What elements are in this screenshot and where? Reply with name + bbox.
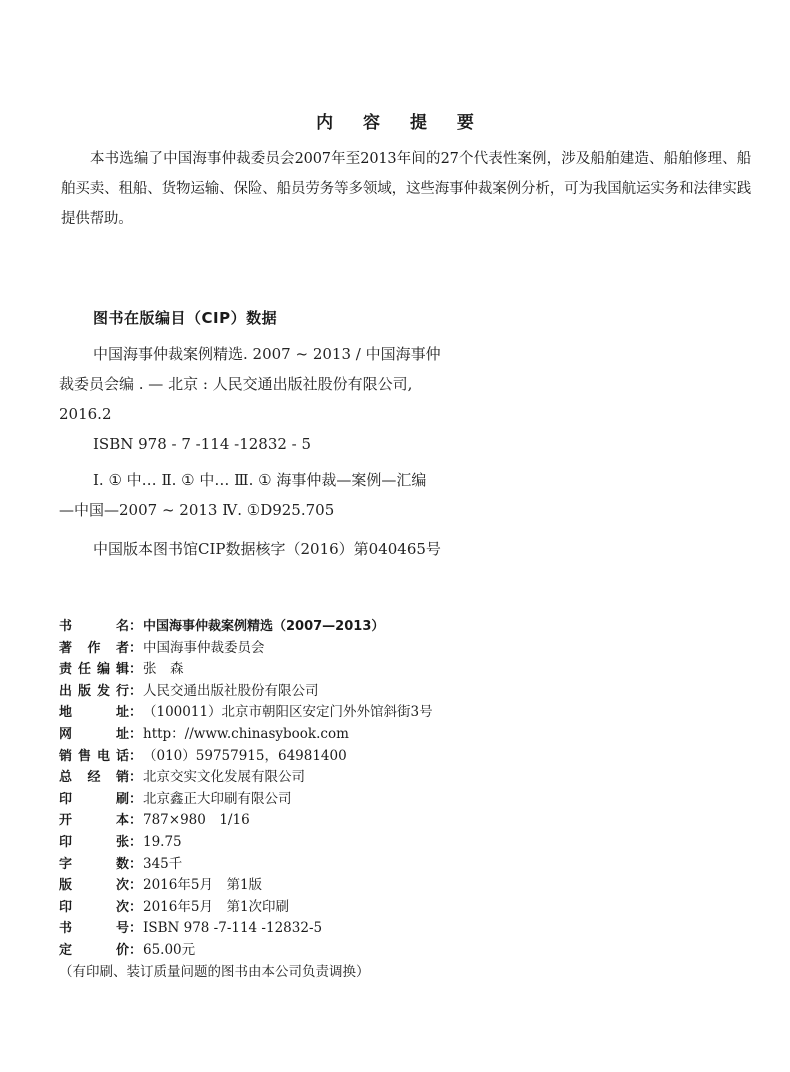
colophon-label: 书名 (59, 616, 129, 638)
colophon-label-char: 刷 (116, 789, 129, 811)
colophon-label-char: 任 (78, 659, 91, 681)
colophon-label-char: 总 (59, 767, 72, 789)
colophon-colon: ： (129, 702, 141, 724)
colophon-value: ISBN 978 -7-114 -12832-5 (141, 918, 322, 940)
colophon-label-char: 号 (116, 918, 129, 940)
colophon-label: 字数 (59, 854, 129, 876)
colophon-label-char: 出 (59, 681, 72, 703)
colophon-row: 字数：345千 (59, 854, 559, 876)
colophon-colon: ： (129, 789, 141, 811)
colophon-label-char: 地 (59, 702, 72, 724)
colophon-value: 2016年5月 第1版 (141, 875, 262, 897)
colophon-value: 北京交实文化发展有限公司 (141, 767, 305, 789)
colophon-value: 北京鑫正大印刷有限公司 (141, 789, 292, 811)
colophon-value: 19.75 (141, 832, 182, 854)
colophon-colon: ： (129, 832, 141, 854)
colophon-label-char: 名 (116, 616, 129, 638)
colophon-value: http：//www.chinasybook.com (141, 724, 349, 746)
colophon-label: 地址 (59, 702, 129, 724)
colophon-label-char: 张 (116, 832, 129, 854)
colophon-value: 人民交通出版社股份有限公司 (141, 681, 319, 703)
colophon-colon: ： (129, 616, 141, 638)
colophon-value: 345千 (141, 854, 182, 876)
colophon-label: 定价 (59, 940, 129, 962)
colophon-label-char: 书 (59, 616, 72, 638)
colophon-note: （有印刷、装订质量问题的图书由本公司负责调换） (59, 962, 559, 984)
colophon-row: 印次：2016年5月 第1次印刷 (59, 897, 559, 919)
colophon-row: 定价：65.00元 (59, 940, 559, 962)
colophon-label: 印张 (59, 832, 129, 854)
colophon-colon: ： (129, 918, 141, 940)
colophon-value: 张 森 (141, 659, 184, 681)
cip-isbn-line: ISBN 978 - 7 -114 -12832 - 5 (59, 429, 499, 459)
colophon-colon: ： (129, 897, 141, 919)
colophon-colon: ： (129, 854, 141, 876)
cip-record-line: 中国海事仲裁案例精选. 2007 ~ 2013 / 中国海事仲 (59, 339, 499, 369)
colophon-label: 印次 (59, 897, 129, 919)
copyright-page: 内 容 提 要 本书选编了中国海事仲裁委员会2007年至2013年间的27个代表… (0, 0, 790, 1072)
cip-record-line: 2016.2 (59, 399, 499, 429)
colophon-label-char: 字 (59, 854, 72, 876)
colophon-colon: ： (129, 681, 141, 703)
colophon-colon: ： (129, 659, 141, 681)
colophon-row: 印张：19.75 (59, 832, 559, 854)
colophon-label: 开本 (59, 810, 129, 832)
cip-record-line: 裁委员会编 . — 北京 : 人民交通出版社股份有限公司, (59, 369, 499, 399)
colophon-label: 网址 (59, 724, 129, 746)
colophon-label-char: 销 (116, 767, 129, 789)
colophon-label: 责任编辑 (59, 659, 129, 681)
colophon-row: 总经销：北京交实文化发展有限公司 (59, 767, 559, 789)
cip-classification-line: Ⅰ. ① 中… Ⅱ. ① 中… Ⅲ. ① 海事仲裁—案例—汇编 (59, 465, 539, 495)
colophon-label-char: 版 (59, 875, 72, 897)
colophon-label-char: 话 (116, 746, 129, 768)
cip-approval-number: 中国版本图书馆CIP数据核字（2016）第040465号 (59, 534, 539, 564)
colophon-label: 著作者 (59, 638, 129, 660)
colophon-label-char: 次 (116, 897, 129, 919)
colophon-label-char: 著 (59, 638, 72, 660)
colophon-value: 中国海事仲裁案例精选（2007—2013） (141, 616, 384, 638)
colophon-row: 销售电话：（010）59757915，64981400 (59, 746, 559, 768)
summary-title: 内 容 提 要 (0, 108, 790, 133)
cip-record: 中国海事仲裁案例精选. 2007 ~ 2013 / 中国海事仲 裁委员会编 . … (59, 339, 499, 459)
colophon-label-char: 开 (59, 810, 72, 832)
colophon-label-char: 本 (116, 810, 129, 832)
colophon-label-char: 书 (59, 918, 72, 940)
cip-approval: 中国版本图书馆CIP数据核字（2016）第040465号 (59, 534, 539, 564)
colophon-row: 著作者：中国海事仲裁委员会 (59, 638, 559, 660)
colophon-label-char: 印 (59, 897, 72, 919)
colophon-label: 出版发行 (59, 681, 129, 703)
colophon-row: 印刷：北京鑫正大印刷有限公司 (59, 789, 559, 811)
summary-paragraph: 本书选编了中国海事仲裁委员会2007年至2013年间的27个代表性案例，涉及船舶… (61, 144, 751, 234)
colophon-value: 787×980 1/16 (141, 810, 250, 832)
colophon-value: （010）59757915，64981400 (141, 746, 347, 768)
colophon-colon: ： (129, 810, 141, 832)
colophon-label-char: 发 (97, 681, 110, 703)
colophon-label-char: 经 (87, 767, 100, 789)
colophon-label-char: 数 (116, 854, 129, 876)
colophon-label-char: 定 (59, 940, 72, 962)
colophon-label: 销售电话 (59, 746, 129, 768)
colophon-row: 出版发行：人民交通出版社股份有限公司 (59, 681, 559, 703)
colophon-value: 2016年5月 第1次印刷 (141, 897, 289, 919)
colophon-label-char: 址 (116, 724, 129, 746)
colophon-colon: ： (129, 638, 141, 660)
colophon-colon: ： (129, 767, 141, 789)
colophon-label-char: 行 (116, 681, 129, 703)
colophon-value: 65.00元 (141, 940, 195, 962)
colophon-label-char: 辑 (116, 659, 129, 681)
colophon-label-char: 编 (97, 659, 110, 681)
colophon-label-char: 印 (59, 789, 72, 811)
colophon-label-char: 址 (116, 702, 129, 724)
colophon-label: 印刷 (59, 789, 129, 811)
colophon-label-char: 电 (97, 746, 110, 768)
colophon-row: 地址：（100011）北京市朝阳区安定门外外馆斜街3号 (59, 702, 559, 724)
colophon-label-char: 价 (116, 940, 129, 962)
colophon-label-char: 售 (78, 746, 91, 768)
colophon-label-char: 责 (59, 659, 72, 681)
colophon-label-char: 者 (116, 638, 129, 660)
colophon-value: 中国海事仲裁委员会 (141, 638, 265, 660)
cip-classification: Ⅰ. ① 中… Ⅱ. ① 中… Ⅲ. ① 海事仲裁—案例—汇编 —中国—2007… (59, 465, 539, 525)
colophon-label-char: 次 (116, 875, 129, 897)
colophon: 书名：中国海事仲裁案例精选（2007—2013）著作者：中国海事仲裁委员会责任编… (59, 616, 559, 983)
colophon-colon: ： (129, 875, 141, 897)
colophon-label: 总经销 (59, 767, 129, 789)
colophon-label-char: 网 (59, 724, 72, 746)
colophon-row: 书号：ISBN 978 -7-114 -12832-5 (59, 918, 559, 940)
colophon-row: 书名：中国海事仲裁案例精选（2007—2013） (59, 616, 559, 638)
colophon-label-char: 作 (87, 638, 100, 660)
cip-heading: 图书在版编目（CIP）数据 (93, 307, 277, 328)
colophon-label-char: 版 (78, 681, 91, 703)
colophon-label-char: 印 (59, 832, 72, 854)
colophon-colon: ： (129, 746, 141, 768)
cip-classification-line: —中国—2007 ~ 2013 Ⅳ. ①D925.705 (59, 495, 539, 525)
colophon-label-char: 销 (59, 746, 72, 768)
colophon-label: 书号 (59, 918, 129, 940)
colophon-row: 责任编辑：张 森 (59, 659, 559, 681)
colophon-row: 版次：2016年5月 第1版 (59, 875, 559, 897)
colophon-row: 开本：787×980 1/16 (59, 810, 559, 832)
colophon-value: （100011）北京市朝阳区安定门外外馆斜街3号 (141, 702, 433, 724)
colophon-row: 网址：http：//www.chinasybook.com (59, 724, 559, 746)
colophon-colon: ： (129, 724, 141, 746)
colophon-colon: ： (129, 940, 141, 962)
colophon-label: 版次 (59, 875, 129, 897)
